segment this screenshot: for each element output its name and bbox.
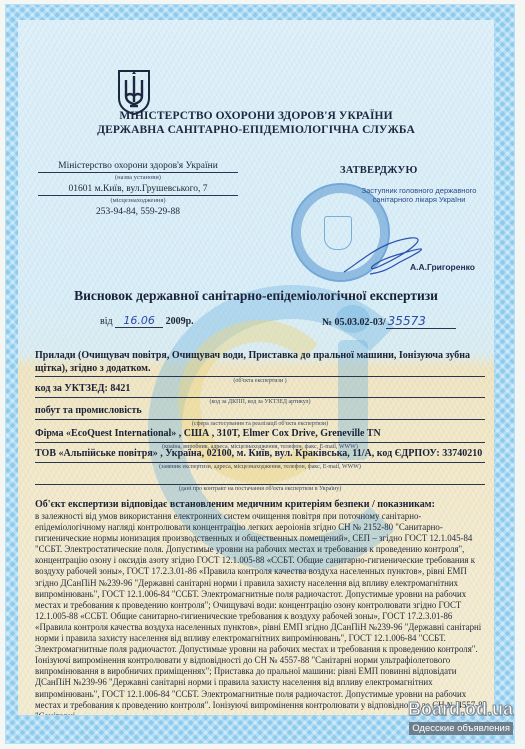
institution-address: 01601 м.Київ, вул.Грушевського, 7 (38, 184, 238, 196)
criteria-body: в залежності від умов використання елект… (35, 511, 487, 715)
document-date: від 16.06 2009р. (100, 314, 194, 328)
document-title: Висновок державної санітарно-епідеміолог… (18, 288, 494, 304)
field-value: побут та промисловість (35, 405, 485, 420)
institution-name-caption: (назва установи) (38, 174, 238, 181)
ministry-title: МІНІСТЕРСТВО ОХОРОНИ ЗДОРОВ'Я УКРАЇНИ (18, 110, 494, 122)
field-scope: побут та промисловість (сфера застосуван… (35, 405, 485, 427)
date-prefix: від (100, 316, 113, 327)
field-expertise-object: Прилади (Очищувач повітря, Очищувач води… (35, 350, 485, 384)
field-value: Прилади (Очищувач повітря, Очищувач води… (35, 350, 485, 377)
trident-coat-of-arms-icon (116, 68, 152, 116)
field-product-code: код за УКТЗЕД: 8421 (код за ДКПП, код за… (35, 383, 485, 405)
institution-address-caption: (місцезнаходження) (38, 197, 238, 204)
site-tagline: Одесские объявления (409, 722, 513, 735)
date-handwritten: 16.06 (115, 314, 163, 328)
field-value: Фірма «EcoQuest International» , США , 3… (35, 428, 485, 443)
institution-block: Міністерство охорони здоров'я України (н… (38, 161, 238, 217)
signer-name: А.А.Григоренко (410, 262, 475, 272)
field-applicant: ТОВ «Альпійське повітря» , Україна, 0210… (35, 448, 485, 470)
number-prefix: № 05.03.02-03/ (322, 317, 386, 328)
site-watermark: Board.od.ua Одесские объявления (408, 700, 513, 736)
site-logo: Board.od.ua (408, 700, 513, 718)
field-value: ТОВ «Альпійське повітря» , Україна, 0210… (35, 448, 485, 463)
institution-name: Міністерство охорони здоров'я України (38, 161, 238, 173)
document-number: № 05.03.02-03/35573 (322, 314, 456, 329)
field-caption: (код за ДКПП, код за УКТЗЕД артикул) (35, 399, 485, 405)
date-year: 2009р. (166, 316, 194, 327)
approver-position: Заступник головного державного санітарно… (344, 186, 494, 205)
certificate-page: МІНІСТЕРСТВО ОХОРОНИ ЗДОРОВ'Я УКРАЇНИ ДЕ… (18, 20, 494, 715)
institution-phones: 253-94-84, 559-29-88 (38, 207, 238, 217)
service-title: ДЕРЖАВНА САНІТАРНО-ЕПІДЕМІОЛОГІЧНА СЛУЖБ… (18, 124, 494, 136)
number-handwritten: 35573 (386, 314, 456, 329)
field-manufacturer: Фірма «EcoQuest International» , США , 3… (35, 428, 485, 450)
field-value: код за УКТЗЕД: 8421 (35, 383, 485, 398)
approval-label: ЗАТВЕРДЖУЮ (340, 165, 418, 176)
field-contract: (дані про контракт на постачання об'єкта… (35, 469, 485, 492)
criteria-heading: Об'єкт експертизи відповідає встановлени… (35, 499, 487, 510)
safety-criteria: Об'єкт експертизи відповідає встановлени… (35, 499, 487, 715)
field-value (35, 469, 485, 485)
field-caption: (дані про контракт на постачання об'єкта… (35, 486, 485, 492)
field-caption: (сфера застосування та реалізації об'єкт… (35, 421, 485, 427)
